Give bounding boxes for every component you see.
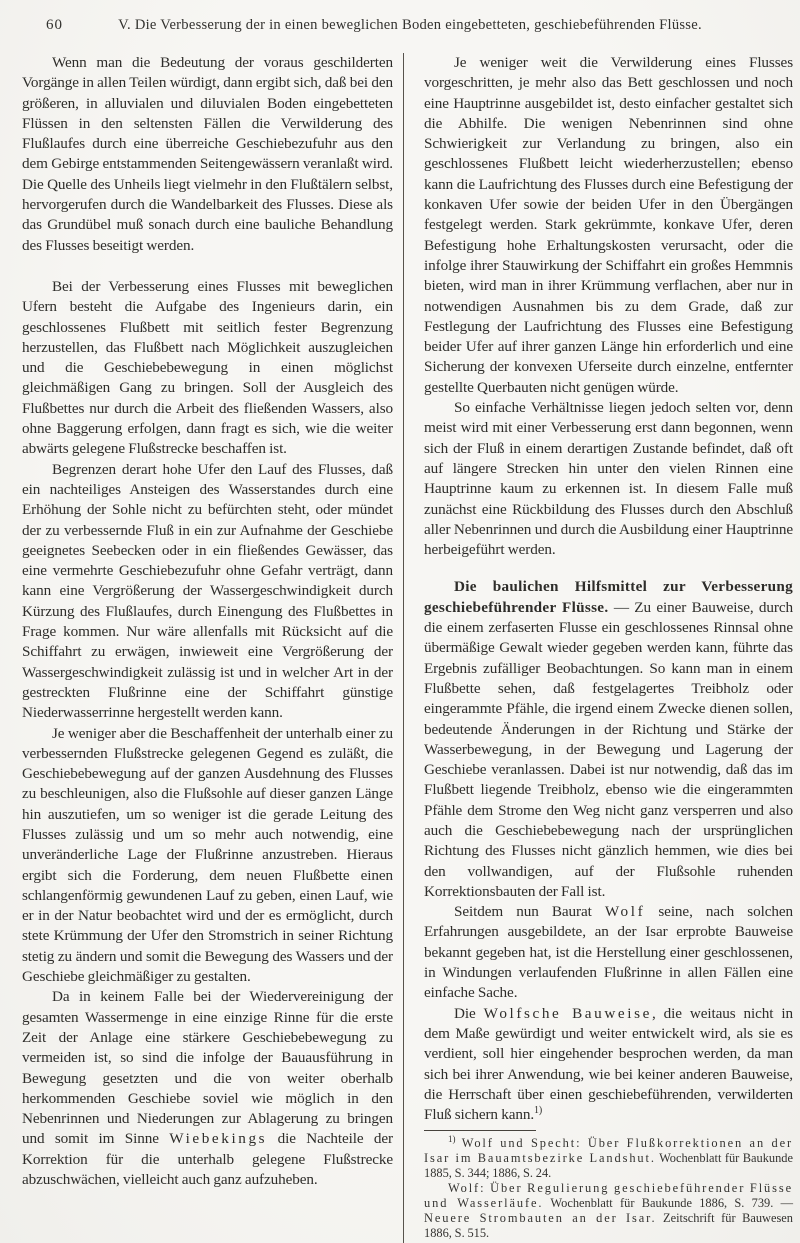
paragraph-intro: Wenn man die Bedeutung der voraus geschi… <box>22 53 393 256</box>
footnote-title-letterspaced: Neuere Strombauten an der Isar. <box>424 1211 657 1225</box>
footnote-entry-wolf: Wolf: Über Regulierung geschiebeführende… <box>424 1181 793 1241</box>
paragraph-section-bauliche-hilfsmittel: Die baulichen Hilfsmittel zur Verbesseru… <box>424 577 793 902</box>
paragraph-text: Da in keinem Falle bei der Wiedervereini… <box>22 988 393 1147</box>
footnote-separator-rule <box>424 1130 536 1131</box>
paragraph-wiebeking: Da in keinem Falle bei der Wiedervereini… <box>22 987 393 1190</box>
letterspaced-name-wiebeking: Wiebekings <box>169 1130 267 1147</box>
paragraph-degree-of-wildness: Je weniger weit die Verwilderung eines F… <box>424 53 793 398</box>
left-column: Wenn man die Bedeutung der voraus geschi… <box>22 53 393 1243</box>
paragraph-baurat-wolf: Seitdem nun Baurat Wolf seine, nach solc… <box>424 902 793 1003</box>
letterspaced-name-wolf: Wolf <box>605 903 645 920</box>
footnote-text: Wochenblatt für Baukunde 1886, S. 739. — <box>543 1196 793 1210</box>
two-column-text-block: Wenn man die Bedeutung der voraus geschi… <box>22 53 793 1243</box>
footnote-number: 1) <box>448 1134 456 1144</box>
paragraph-winding-course: Je weniger aber die Beschaffenheit der u… <box>22 724 393 988</box>
footnote-reference-marker: 1) <box>534 1105 542 1116</box>
footnote-entry-wolf-specht: 1) Wolf und Specht: Über Flußkorrektione… <box>424 1136 793 1181</box>
running-title: V. Die Verbesserung der in einen bewegli… <box>0 15 800 34</box>
right-column: Je weniger weit die Verwilderung eines F… <box>404 53 793 1243</box>
book-page: 60 V. Die Verbesserung der in einen bewe… <box>0 0 800 1243</box>
paragraph-simple-conditions: So einfache Verhältnisse liegen jedoch s… <box>424 398 793 560</box>
footnote-block: 1) Wolf und Specht: Über Flußkorrektione… <box>424 1130 793 1241</box>
paragraph-text: , die weitaus nicht in dem Maße gewürdig… <box>424 1005 793 1123</box>
letterspaced-term-wolfsche-bauweise: Wolfsche Bauweise <box>484 1005 652 1022</box>
paragraph-text: — Zu einer Bauweise, durch die einem zer… <box>424 599 793 900</box>
paragraph-wolfsche-bauweise: Die Wolfsche Bauweise, die weitaus nicht… <box>424 1004 793 1126</box>
paragraph-task-of-engineer: Bei der Verbesserung eines Flusses mit b… <box>22 277 393 460</box>
paragraph-text: Die <box>454 1005 484 1022</box>
paragraph-high-banks: Begrenzen derart hohe Ufer den Lauf des … <box>22 460 393 724</box>
page-number: 60 <box>46 17 63 34</box>
paragraph-text: Seitdem nun Baurat <box>454 903 605 920</box>
page-header: 60 V. Die Verbesserung der in einen bewe… <box>0 15 800 41</box>
